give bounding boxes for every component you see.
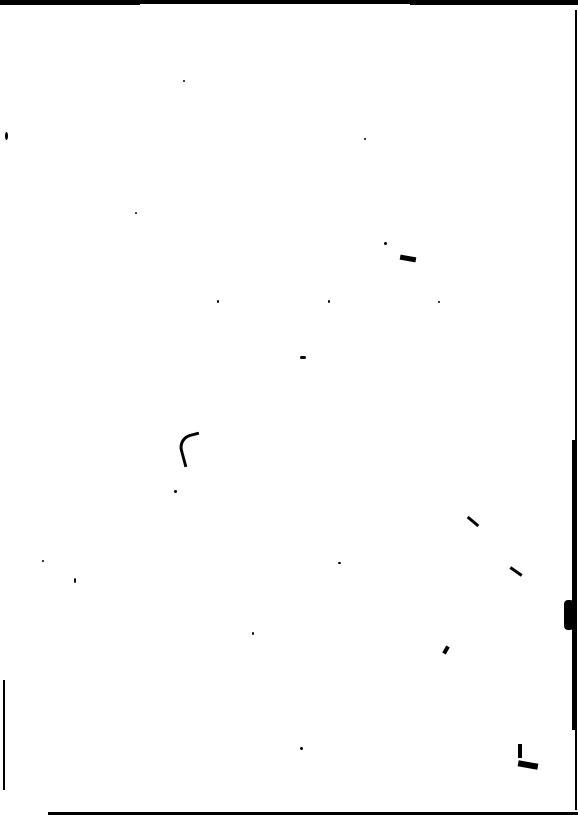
scan-speck xyxy=(252,632,254,635)
blank-scanned-page xyxy=(0,0,578,815)
scan-speck xyxy=(183,80,185,82)
scan-edge-gap xyxy=(140,4,410,6)
scan-blot xyxy=(518,760,539,769)
scan-blot xyxy=(442,646,449,655)
scan-speck xyxy=(135,212,137,214)
scan-speck xyxy=(42,560,44,562)
scan-blot xyxy=(400,255,417,263)
scan-blot xyxy=(509,566,522,576)
scan-blot xyxy=(467,516,480,527)
scan-speck xyxy=(5,132,8,140)
scan-speck xyxy=(328,300,330,303)
scan-curl-mark xyxy=(176,432,206,468)
scan-speck xyxy=(174,490,177,493)
scan-speck xyxy=(338,562,341,564)
scan-blot xyxy=(300,356,306,359)
scan-speck xyxy=(384,242,387,245)
scan-blot xyxy=(564,600,574,630)
scan-speck xyxy=(74,578,76,583)
scan-speck xyxy=(438,301,440,303)
scan-speck xyxy=(300,747,303,750)
scan-right-shadow xyxy=(572,440,577,730)
scan-speck xyxy=(364,138,366,140)
scan-left-edge xyxy=(3,680,5,790)
scan-speck xyxy=(217,300,219,303)
scan-blot xyxy=(518,744,522,758)
